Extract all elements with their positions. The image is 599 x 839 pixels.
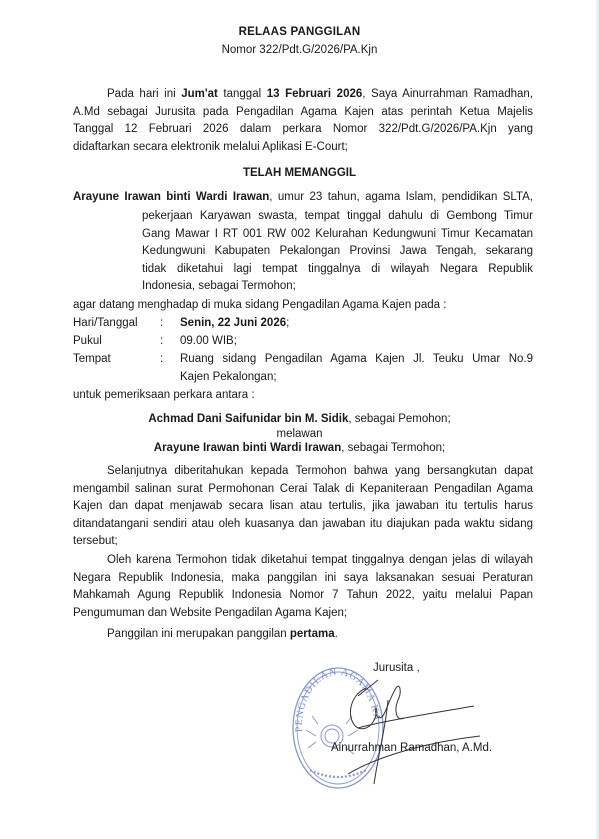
opening-line-3: Tanggal 12 Februari 2026 dalam perkara N…: [73, 121, 533, 139]
opening-line-2: A.Md sebagai Jurusita pada Pengadilan Ag…: [73, 104, 533, 122]
respondent-detail-line: Indonesia, sebagai Termohon;: [142, 278, 533, 296]
appear-text: agar datang menghadap di muka sidang Pen…: [73, 297, 533, 315]
place-line: Kajen Pekalongan;: [180, 369, 533, 387]
respondent-detail-line: Gang Mawar I RT 001 RW 002 Kelurahan Ked…: [142, 226, 533, 244]
versus-text: melawan: [0, 427, 599, 441]
schedule-place-label: Tempat: [73, 351, 111, 369]
basis-line: Mahkamah Agung Republik Indonesia Nomor …: [73, 587, 533, 605]
basis-line: Pengumuman dan Website Pengadilan Agama …: [73, 605, 533, 623]
notice-line: mengambil salinan surat Permohonan Cerai…: [73, 481, 533, 499]
notice-line: tersebut;: [73, 533, 533, 551]
notice-line: Kajen dan dapat menjawab secara lisan at…: [73, 498, 533, 516]
opening-line-1: Pada hari ini Jum'at tanggal 13 Februari…: [73, 86, 533, 104]
notice-paragraph: Selanjutnya diberitahukan kepada Termoho…: [73, 463, 533, 551]
document-page: RELAAS PANGGILAN Nomor 322/Pdt.G/2026/PA…: [0, 0, 599, 839]
place-line: Ruang sidang Pengadilan Agama Kajen Jl. …: [180, 351, 533, 369]
respondent-detail-line: Kedungwuni Kabupaten Pekalongan Provinsi…: [142, 243, 533, 261]
opening-paragraph: Pada hari ini Jum'at tanggal 13 Februari…: [73, 86, 533, 156]
case-number: Nomor 322/Pdt.G/2026/PA.Kjn: [0, 44, 599, 56]
document-title: RELAAS PANGGILAN: [0, 26, 599, 38]
basis-line: Negara Republik Indonesia, maka panggila…: [73, 570, 533, 588]
basis-line: Oleh karena Termohon tidak diketahui tem…: [73, 552, 533, 570]
schedule-time-label: Pukul: [73, 333, 102, 351]
respondent-party-line: Arayune Irawan binti Wardi Irawan, sebag…: [0, 441, 599, 455]
petitioner-line: Achmad Dani Saifunidar bin M. Sidik, seb…: [0, 412, 599, 426]
signatory-role: Jurusita ,: [373, 662, 420, 674]
final-statement: Panggilan ini merupakan panggilan pertam…: [73, 626, 533, 644]
colon: :: [160, 333, 163, 351]
schedule-day-value: Senin, 22 Juni 2026;: [180, 315, 533, 333]
colon: :: [160, 315, 163, 333]
called-heading: TELAH MEMANGGIL: [0, 167, 599, 179]
respondent-details: pekerjaan Karyawan swasta, tempat tingga…: [142, 208, 533, 296]
opening-line-4: didaftarkan secara elektronik melalui Ap…: [73, 139, 533, 157]
handwritten-signature-icon: [318, 676, 488, 786]
schedule-place-value: Ruang sidang Pengadilan Agama Kajen Jl. …: [180, 351, 533, 386]
colon: :: [160, 351, 163, 369]
signatory-name: Ainurrahman Ramadhan, A.Md.: [331, 742, 492, 754]
respondent-detail-line: pekerjaan Karyawan swasta, tempat tingga…: [142, 208, 533, 226]
examination-text: untuk pemeriksaan perkara antara :: [73, 387, 533, 405]
schedule-time-value: 09.00 WIB;: [180, 333, 533, 351]
schedule-day-label: Hari/Tanggal: [73, 315, 138, 333]
basis-paragraph: Oleh karena Termohon tidak diketahui tem…: [73, 552, 533, 622]
notice-line: ditandatangani sendiri atau oleh kuasany…: [73, 516, 533, 534]
respondent-detail-line: tidak diketahui lagi tempat tinggalnya d…: [142, 261, 533, 279]
notice-line: Selanjutnya diberitahukan kepada Termoho…: [73, 463, 533, 481]
respondent-line-1: Arayune Irawan binti Wardi Irawan, umur …: [73, 189, 533, 207]
